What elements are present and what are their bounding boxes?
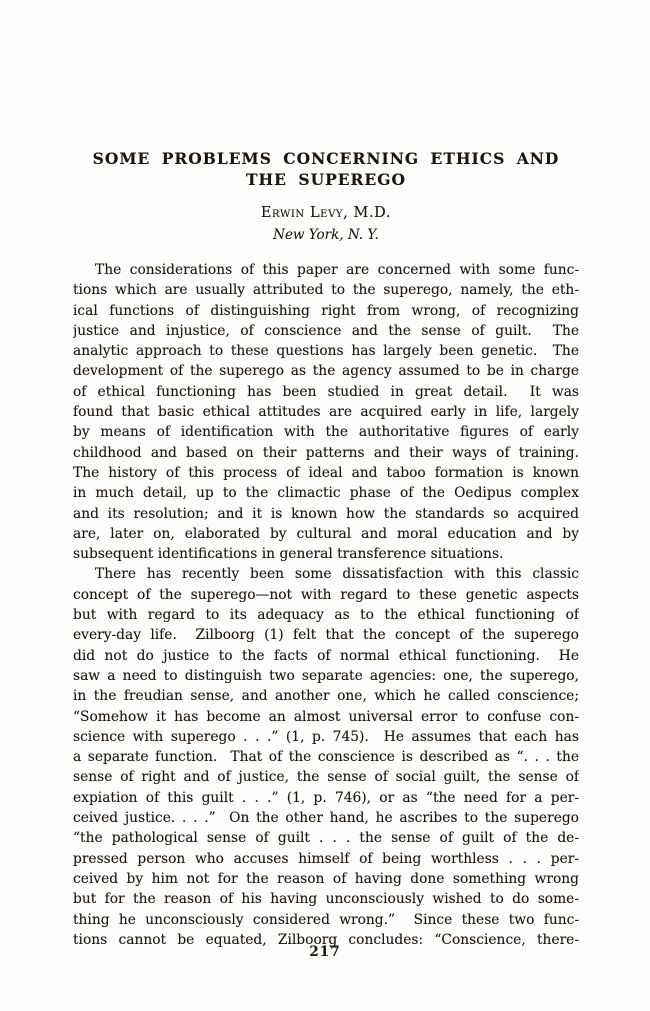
article-body: The considerations of this paper are con… xyxy=(73,260,579,950)
text-line: of ethical functioning has been studied … xyxy=(73,382,579,402)
text-line: ceived justice. . . .” On the other hand… xyxy=(73,808,579,828)
article-title-line2: THE SUPEREGO xyxy=(73,169,579,190)
text-line: The considerations of this paper are con… xyxy=(73,260,579,280)
text-line: did not do justice to the facts of norma… xyxy=(73,646,579,666)
text-line: found that basic ethical attitudes are a… xyxy=(73,402,579,422)
text-line: thing he unconsciously considered wrong.… xyxy=(73,910,579,930)
text-line: “the pathological sense of guilt . . . t… xyxy=(73,828,579,848)
text-line: in the freudian sense, and another one, … xyxy=(73,686,579,706)
text-line: The history of this process of ideal and… xyxy=(73,463,579,483)
author-name: Erwin Levy, M.D. xyxy=(73,204,579,222)
text-line: development of the superego as the agenc… xyxy=(73,361,579,381)
text-line: but with regard to its adequacy as to th… xyxy=(73,605,579,625)
paragraph: The considerations of this paper are con… xyxy=(73,260,579,564)
paragraph: There has recently been some dissatisfac… xyxy=(73,564,579,950)
text-line: science with superego . . .” (1, p. 745)… xyxy=(73,727,579,747)
text-line: but for the reason of his having unconsc… xyxy=(73,889,579,909)
article-title-line1: SOME PROBLEMS CONCERNING ETHICS AND xyxy=(73,148,579,169)
text-line: childhood and based on their patterns an… xyxy=(73,443,579,463)
text-line: “Somehow it has become an almost univers… xyxy=(73,707,579,727)
text-line: expiation of this guilt . . .” (1, p. 74… xyxy=(73,788,579,808)
text-line: and its resolution; and it is known how … xyxy=(73,504,579,524)
text-line: tions which are usually attributed to th… xyxy=(73,280,579,300)
text-line: by means of identification with the auth… xyxy=(73,422,579,442)
text-line: concept of the superego—not with regard … xyxy=(73,585,579,605)
article-title: SOME PROBLEMS CONCERNING ETHICS AND THE … xyxy=(73,148,579,190)
text-line: pressed person who accuses himself of be… xyxy=(73,849,579,869)
author-location: New York, N. Y. xyxy=(73,226,579,244)
page-number: 217 xyxy=(0,944,650,960)
text-line: saw a need to distinguish two separate a… xyxy=(73,666,579,686)
text-line: ceived by him not for the reason of havi… xyxy=(73,869,579,889)
text-line: subsequent identifications in general tr… xyxy=(73,544,579,564)
scanned-paper-page: SOME PROBLEMS CONCERNING ETHICS AND THE … xyxy=(0,0,650,1011)
text-line: ical functions of distinguishing right f… xyxy=(73,301,579,321)
text-line: a separate function. That of the conscie… xyxy=(73,747,579,767)
text-line: in much detail, up to the climactic phas… xyxy=(73,483,579,503)
text-line: justice and injustice, of conscience and… xyxy=(73,321,579,341)
text-line: every-day life. Zilboorg (1) felt that t… xyxy=(73,625,579,645)
page-content: SOME PROBLEMS CONCERNING ETHICS AND THE … xyxy=(73,148,579,950)
text-line: sense of right and of justice, the sense… xyxy=(73,767,579,787)
text-line: analytic approach to these questions has… xyxy=(73,341,579,361)
text-line: are, later on, elaborated by cultural an… xyxy=(73,524,579,544)
text-line: There has recently been some dissatisfac… xyxy=(73,564,579,584)
